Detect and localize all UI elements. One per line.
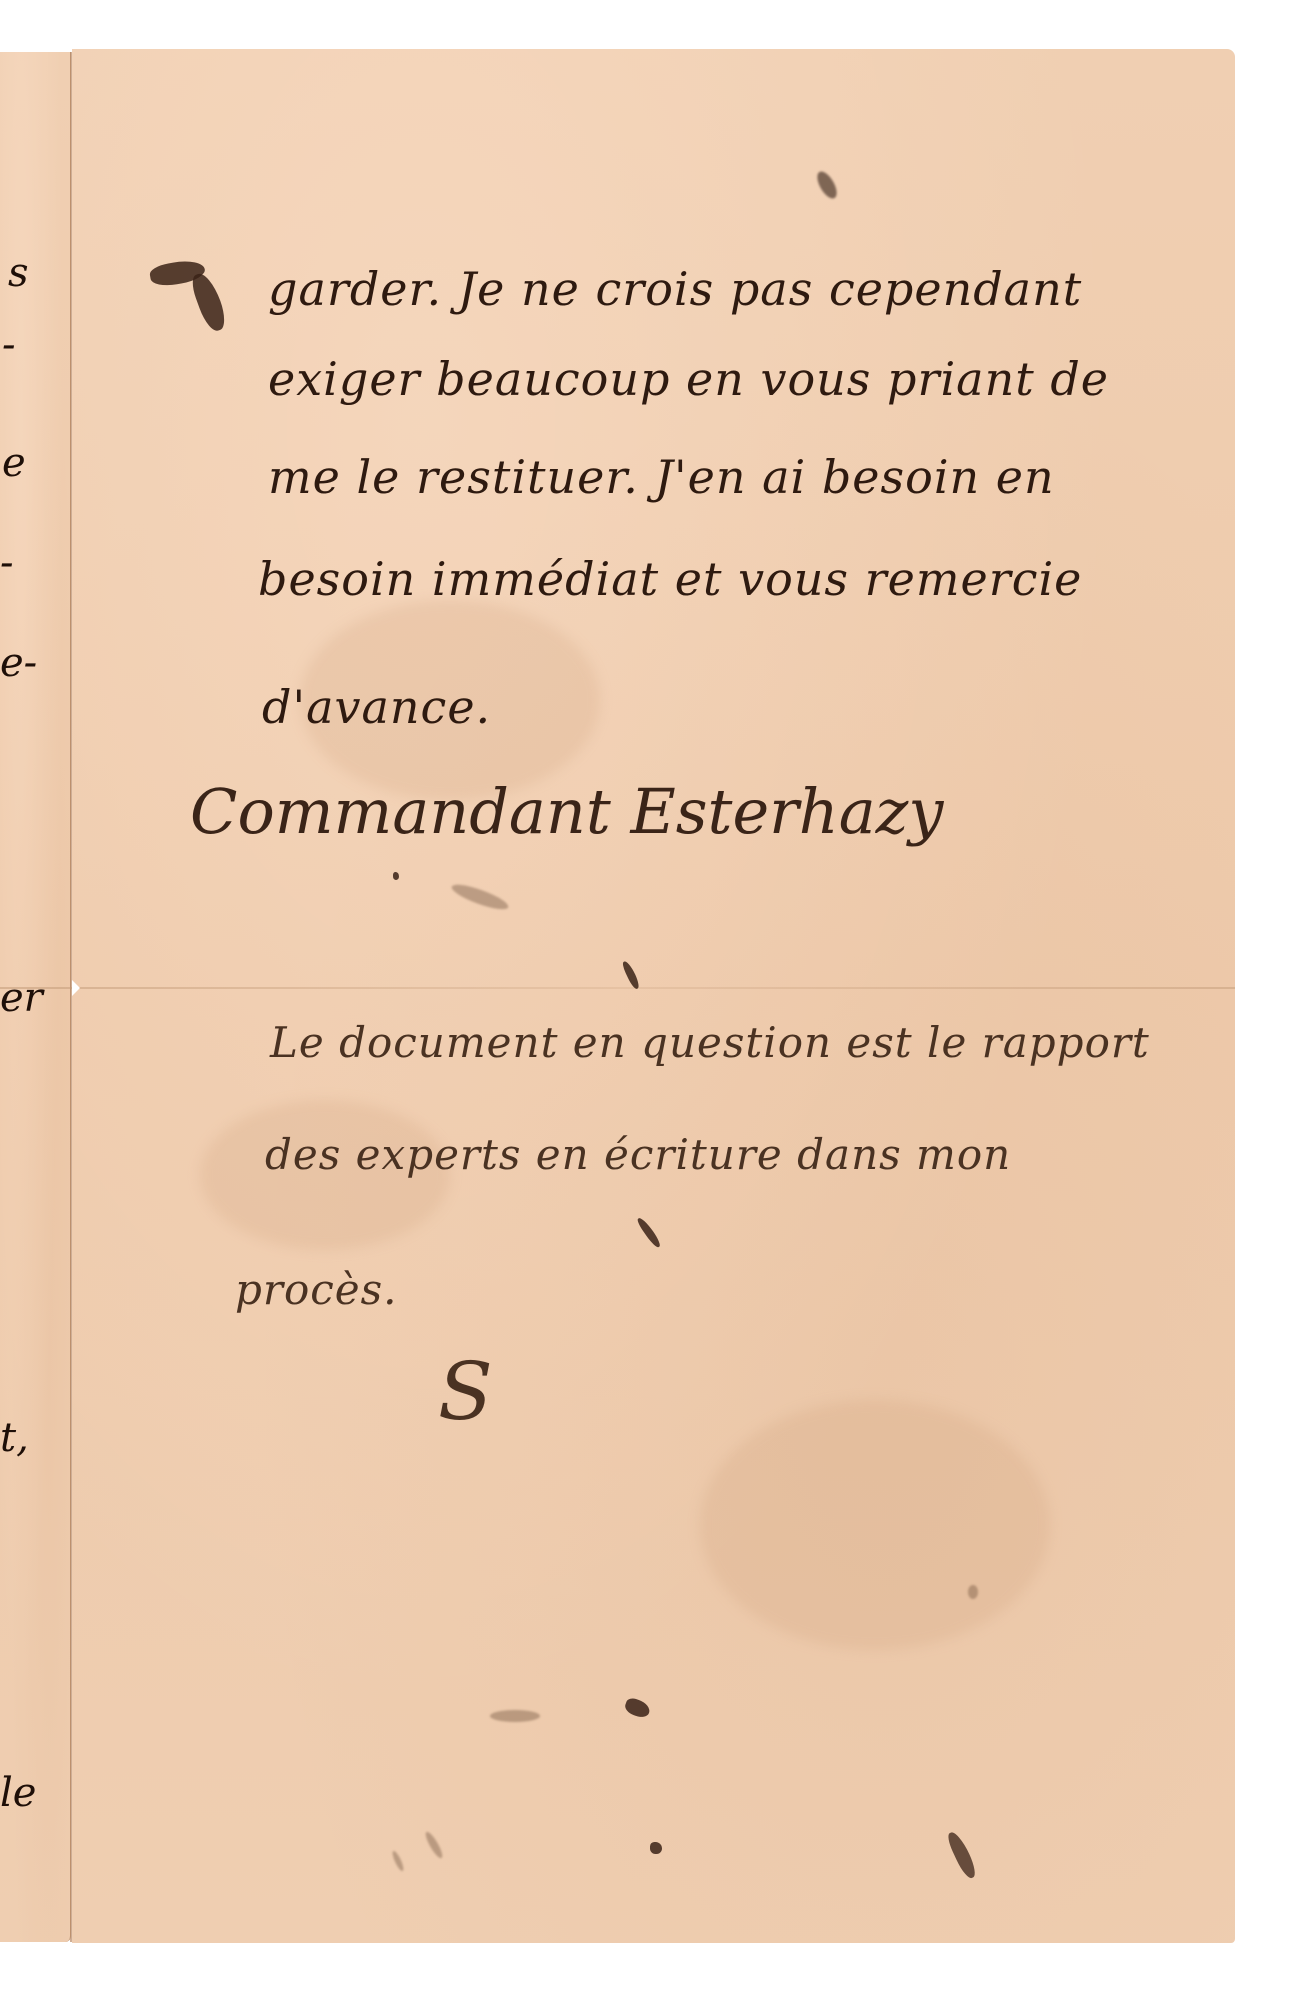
ink-dot — [650, 1842, 662, 1854]
letter-line: exiger beaucoup en vous priant de — [268, 352, 1109, 406]
letter-line: d'avance. — [262, 680, 491, 734]
left-page-fragment: er — [0, 975, 43, 1021]
ink-smudge — [968, 1585, 978, 1599]
paper-stain — [700, 1400, 1050, 1650]
right-page — [72, 49, 1235, 1943]
left-page-fragment: le — [0, 1770, 36, 1816]
paper-fold-line — [0, 987, 1235, 989]
fold-notch — [72, 980, 80, 996]
postscript-line: des experts en écriture dans mon — [265, 1130, 1011, 1179]
left-page-fragment: e- — [0, 640, 37, 686]
letter-line: besoin immédiat et vous remercie — [258, 552, 1082, 606]
postscript-line: Le document en question est le rapport — [270, 1018, 1150, 1067]
letter-line: me le restituer. J'en ai besoin en — [268, 450, 1055, 504]
ink-smudge — [490, 1710, 540, 1722]
left-page-fragment: - — [2, 322, 16, 368]
ink-dot — [393, 872, 399, 880]
page-spine — [70, 52, 72, 1942]
letter-line: garder. Je ne crois pas cependant — [268, 262, 1082, 316]
left-page-fragment: t, — [0, 1415, 29, 1461]
signature: Commandant Esterhazy — [190, 775, 943, 848]
postscript-line: procès. — [235, 1265, 398, 1314]
left-page-fragment: - — [0, 540, 14, 586]
left-page-fragment: e — [2, 440, 26, 486]
initial-mark: S — [438, 1345, 493, 1438]
left-page-fragment: s — [8, 250, 29, 296]
